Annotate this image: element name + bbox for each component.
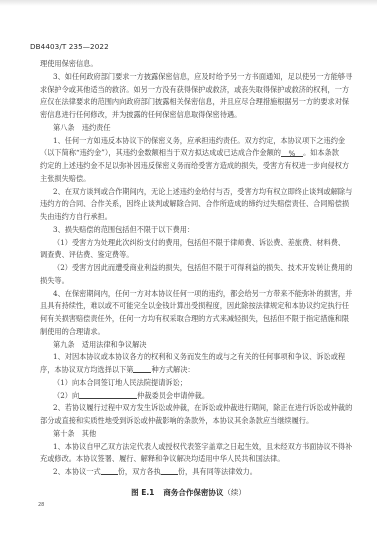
text-line: 求保护令或其他适当的救济。如另一方没有获得保护或救济，或丧失取得保护或救济的权利… [40, 84, 328, 97]
text-segment: 2、本协议一式 [53, 467, 101, 476]
text-line: （2）受害方因此而遭受商业利益的损失，包括但不限于可得利益的损失、技术开发转让费… [40, 262, 328, 275]
text-line: 充或修改。本协议签署、履行、解释和争议解决均适用中华人民共和国法律。 [40, 453, 328, 466]
figure-label: 图 E.1 [131, 488, 154, 497]
text-line: 密信息进行任何修改，并为披露的任何保密信息取得保密待遇。 [40, 109, 328, 122]
text-line: 序，本协议双方均选择以下第种方式解决： [40, 364, 328, 377]
text-segment: 。如本条款 [303, 148, 339, 157]
text-line: 2、若协议履行过程中双方发生诉讼或仲裁，在诉讼或仲裁进行期间，除正在进行诉讼或仲… [40, 402, 328, 415]
text-line: 调查费、评估费、鉴定费等。 [40, 249, 328, 262]
text-line: 失由违约方自行承担。 [40, 211, 328, 224]
text-line: 应仅在法律要求的范围内向政府部门披露相关保密信息，并且应尽合理措施根据另一方的要… [40, 96, 328, 109]
fill-in-blank[interactable] [101, 466, 118, 475]
text-line: 2、在双方谈判或合作期间内，无论上述违约金给付与否，受害方均有权立即终止谈判或解… [40, 186, 328, 199]
text-line: 1、任何一方如违反本协议下的保密义务，应承担违约责任。双方约定，本协议项下之违约… [40, 135, 328, 148]
text-line: 损失等。 [40, 275, 328, 288]
text-segment: 种方式解决： [151, 365, 194, 374]
text-segment: 份，具有同等法律效力。 [178, 467, 257, 476]
standard-id-header: DB4403/T 235—2022 [30, 42, 109, 51]
fill-in-blank[interactable]: % [281, 148, 303, 157]
text-segment: 份，双方各执 [118, 467, 161, 476]
text-line: 约定的上述违约金不足以弥补因违反保密义务而给受害方造成的损失，受害方有权进一步向… [40, 160, 328, 173]
text-line: 4、在保密期间内，任何一方对本协议任何一项的违约，都会给另一方带来不能弥补的损害… [40, 288, 328, 301]
text-line: 3、如任何政府部门要求一方披露保密信息，应及时给予另一方书面通知，足以使另一方能… [40, 71, 328, 84]
text-line: 制使用的合理请求。 [40, 326, 328, 339]
text-line: 且具有持续性，难以或不可能完全以金钱计算出受损程度，因此除按法律规定和本协议约定… [40, 300, 328, 313]
text-segment: 仲裁委员会申请仲裁。 [137, 391, 209, 400]
text-line: 第九条 适用法律和争议解决 [40, 339, 328, 352]
text-line: 2、本协议一式份，双方各执份，具有同等法律效力。 [40, 466, 328, 479]
text-segment: 序，本协议双方均选择以下第 [40, 365, 133, 374]
text-line: 主张损失赔偿。 [40, 173, 328, 186]
figure-title: 商务合作保密协议 [163, 488, 223, 497]
text-line: 违约方的合同、合作关系，因终止谈判或解除合同、合作所造成的缔约过失赔偿责任、合同… [40, 198, 328, 211]
document-body: 理使用保密信息。3、如任何政府部门要求一方披露保密信息，应及时给予另一方书面通知… [40, 58, 328, 479]
fill-in-blank[interactable] [79, 390, 137, 399]
text-line: （1）向本合同签订地人民法院提请诉讼； [40, 377, 328, 390]
text-line: （以下简称“违约金”），其违约金数额相当于双方拟达成或已达成合作金额的%。如本条… [40, 147, 328, 160]
text-line: （2）向仲裁委员会申请仲裁。 [40, 390, 328, 403]
figure-caption: 图 E.1商务合作保密协议（续） [0, 487, 377, 498]
viewer-top-shadow [0, 0, 377, 6]
text-line: 3、损失赔偿的范围包括但不限于以下费用： [40, 224, 328, 237]
text-line: （1）受害方为处理此次纠纷支付的费用，包括但不限于律师费、诉讼费、差旅费、材料费… [40, 237, 328, 250]
text-line: 第十条 其他 [40, 428, 328, 441]
text-segment: （2）向 [53, 391, 79, 400]
text-line: 部分或直接和实质性地受到诉讼或仲裁影响的条款外，本协议其余条款应当继续履行。 [40, 415, 328, 428]
text-segment: （以下简称“违约金”），其违约金数额相当于双方拟达成或已达成合作金额的 [40, 148, 281, 157]
text-line: 1、对因本协议或本协议各方的权利和义务而发生的或与之有关的任何事项和争议、诉讼或… [40, 351, 328, 364]
page-number: 28 [38, 502, 44, 508]
figure-continued: （续） [223, 488, 246, 497]
text-line: 理使用保密信息。 [40, 58, 328, 71]
text-line: 1、本协议自甲乙双方法定代表人或授权代表签字盖章之日起生效，且未经双方书面协议不… [40, 441, 328, 454]
text-line: 何有关损害赔偿责任外，任何一方均有权采取合理的方式来减轻损失，包括但不限于指定措… [40, 313, 328, 326]
text-line: 第八条 违约责任 [40, 122, 328, 135]
fill-in-blank[interactable] [133, 364, 151, 373]
fill-in-blank[interactable] [161, 466, 178, 475]
